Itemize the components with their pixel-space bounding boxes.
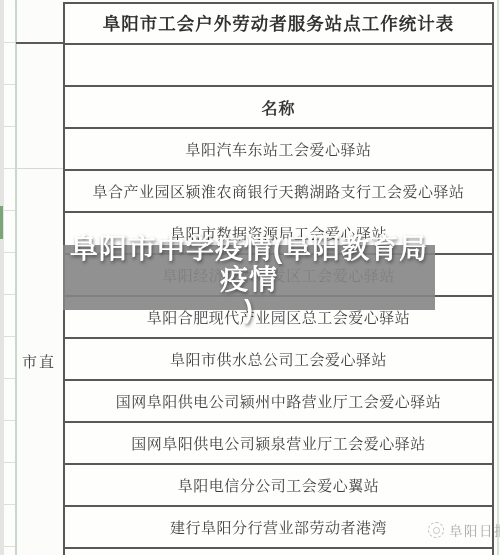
table-row: 阜阳电信分公司工会爱心翼站 xyxy=(65,465,492,507)
article-screenshot: 市直 阜阳市工会户外劳动者服务站点工作统计表 名称 阜阳汽车东站工会爱心驿站 阜… xyxy=(0,0,500,555)
grid-vline-left xyxy=(15,0,17,555)
table-row: 阜合产业园区颍淮农商银行天鹅湖路支行工会爱心驿站 xyxy=(65,171,492,213)
watermark: 阜阳日报 xyxy=(428,520,500,540)
table-row: 阜阳汽车东站工会爱心驿站 xyxy=(65,129,492,171)
headline-line1: 阜阳市中学疫情(阜阳教育局疫情 xyxy=(63,233,435,295)
region-cell-gridline xyxy=(16,168,64,169)
region-label: 市直 xyxy=(15,347,63,375)
sheet-margin-gridlines xyxy=(4,1,15,555)
newspaper-logo-icon xyxy=(428,522,444,538)
table-column-header: 名称 xyxy=(65,87,492,129)
table-partial-row xyxy=(65,549,492,555)
table-row: 国网阜阳供电公司颍泉营业厅工会爱心驿站 xyxy=(65,423,492,465)
table-empty-row xyxy=(65,45,492,87)
grid-vline-right xyxy=(497,0,499,555)
headline-overlay: 阜阳市中学疫情(阜阳教育局疫情 ) xyxy=(63,245,435,310)
headline-line2: ) xyxy=(244,295,254,323)
watermark-label: 阜阳日报 xyxy=(449,520,500,540)
table-row: 国网阜阳供电公司颍州中路营业厅工会爱心驿站 xyxy=(65,381,492,423)
table-title: 阜阳市工会户外劳动者服务站点工作统计表 xyxy=(65,4,492,45)
sheet-edge-accent xyxy=(0,206,3,239)
region-cell-top-border xyxy=(16,42,64,44)
table-row: 阜阳市供水总公司工会爱心驿站 xyxy=(65,339,492,381)
